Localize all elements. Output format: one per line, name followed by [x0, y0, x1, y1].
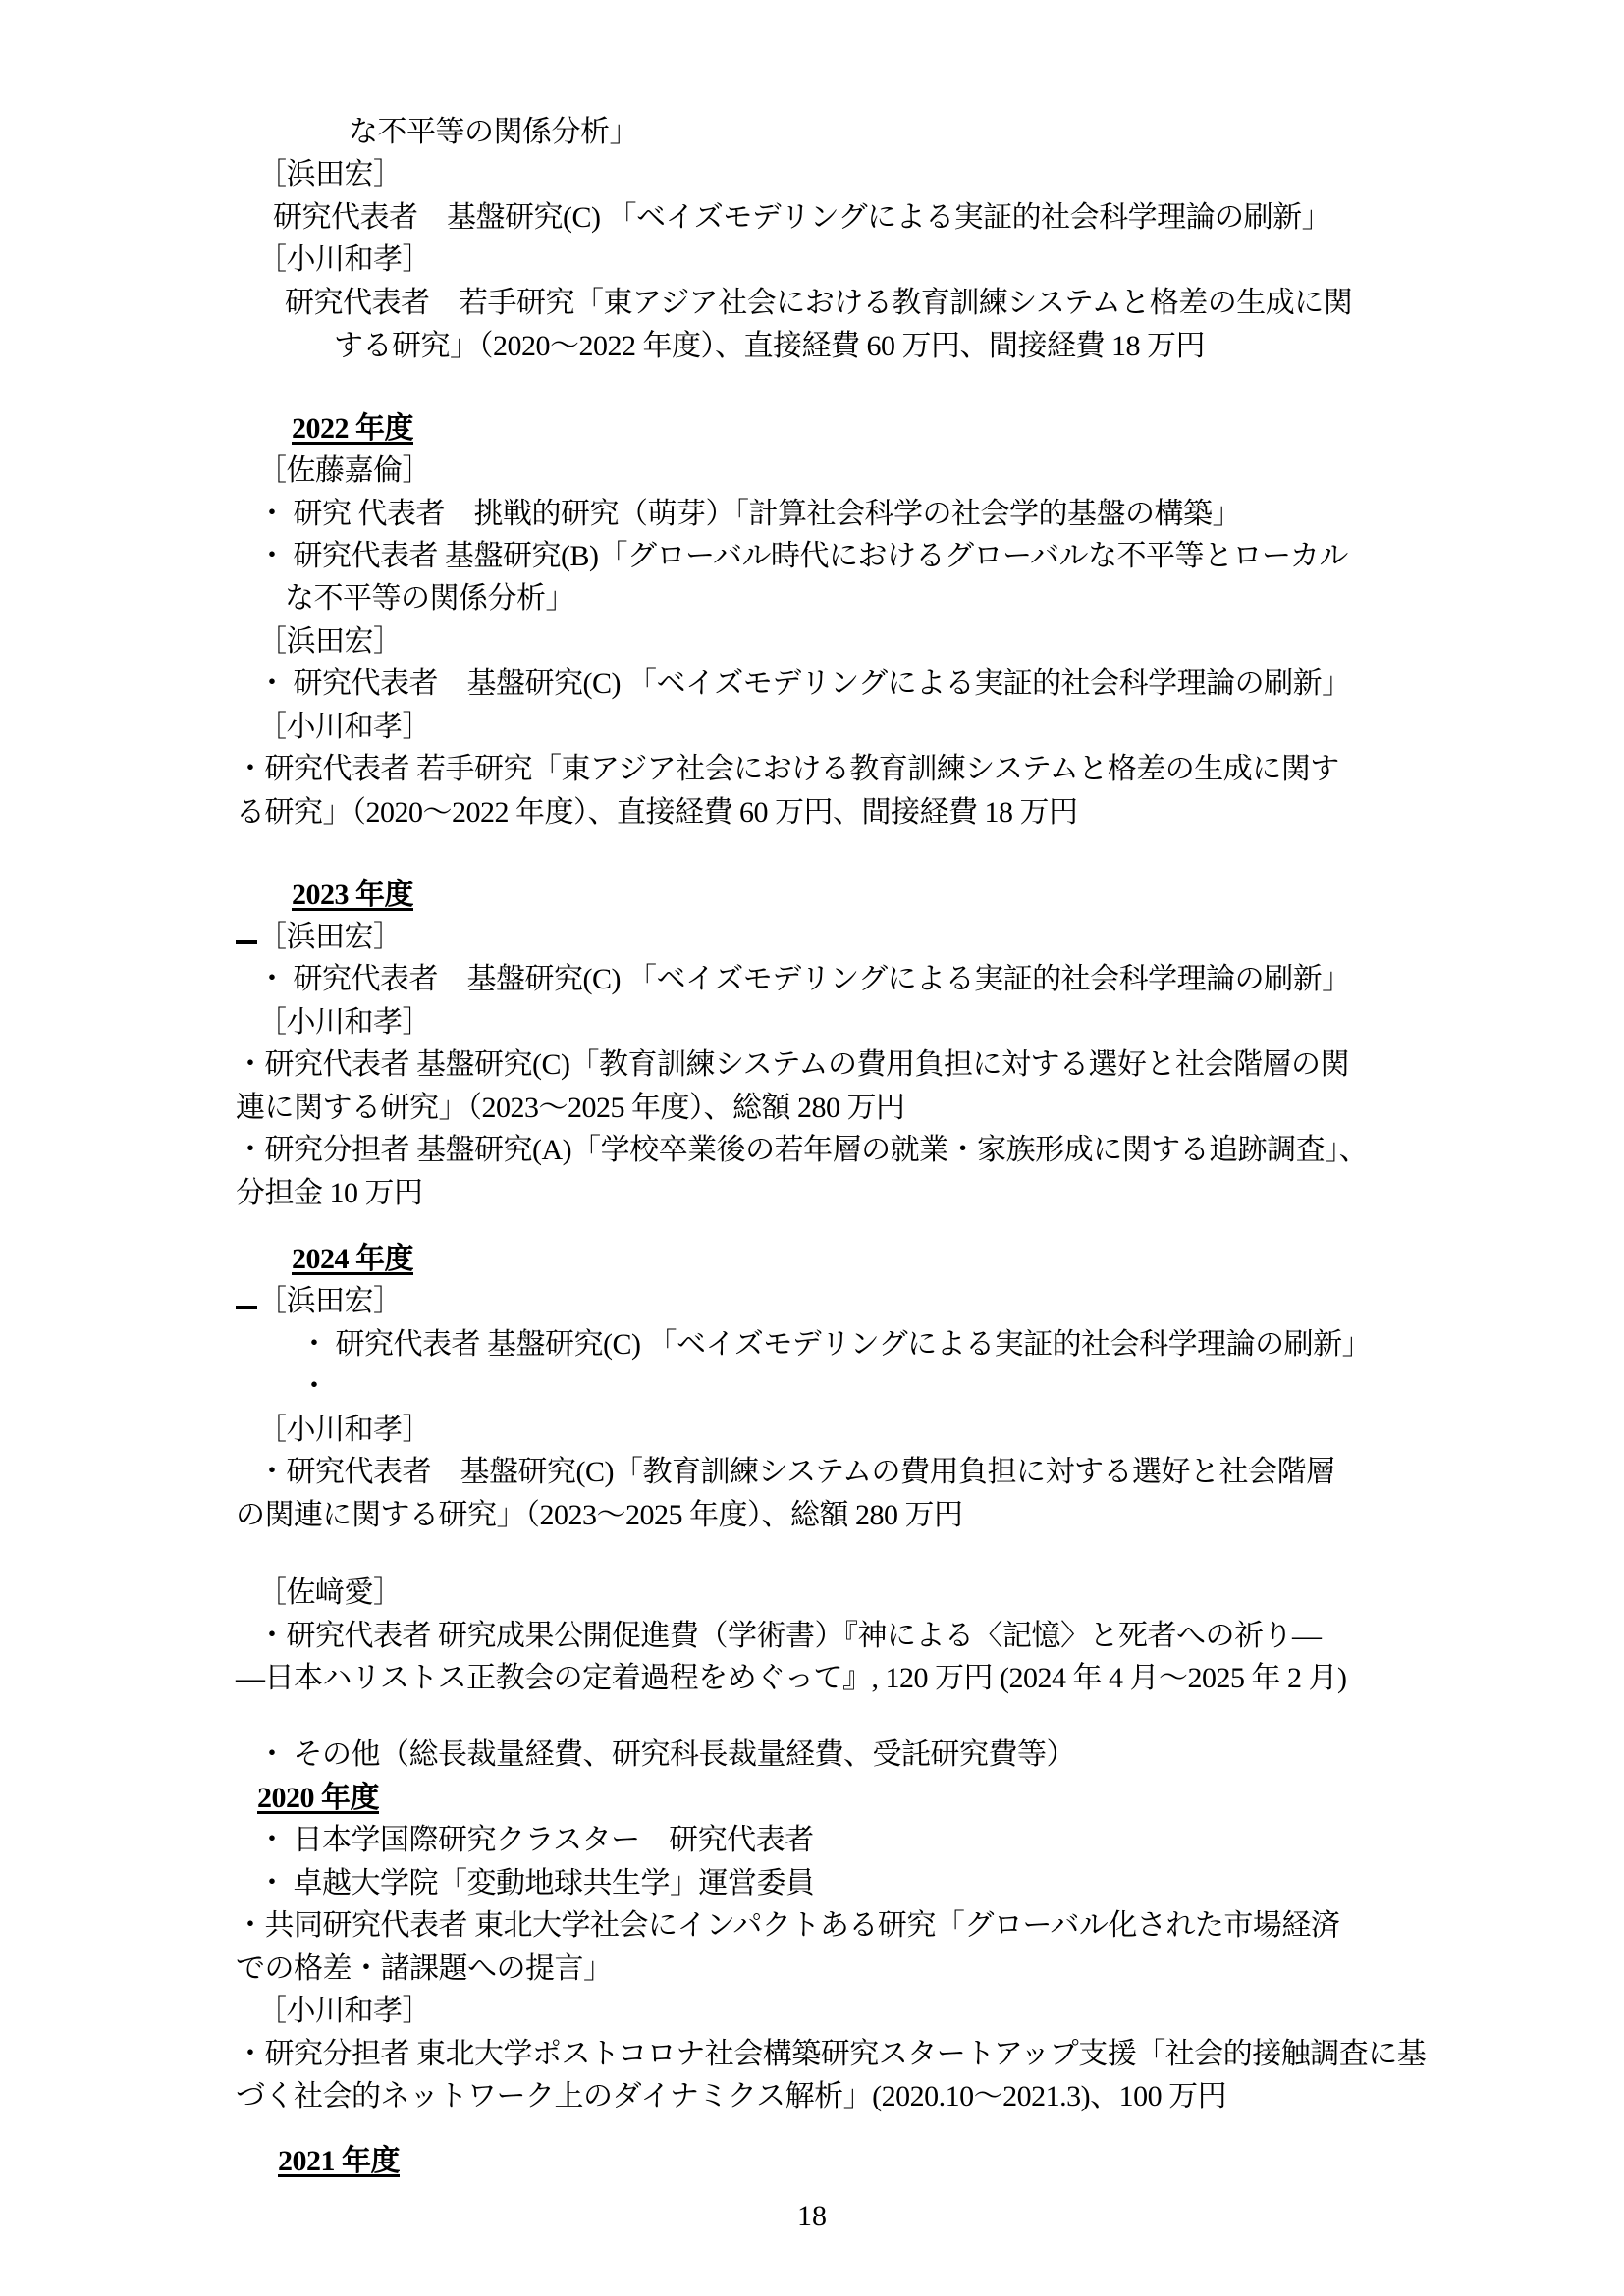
section-heading-2020: 2020 年度 — [257, 1779, 379, 1818]
text-line: ・研究代表者 若手研究「東アジア社会における教育訓練システムと格差の生成に関す — [236, 750, 1339, 789]
text-line: ・研究代表者 基盤研究(C)「教育訓練システムの費用負担に対する選好と社会階層 — [257, 1453, 1335, 1492]
author-label: ［小川和孝］ — [257, 1992, 431, 2031]
text-line: の関連に関する研究」（2023～2025 年度）、総額 280 万円 — [236, 1496, 963, 1535]
author-label: ［浜田宏］ — [257, 155, 403, 194]
text-line: 研究代表者 若手研究「東アジア社会における教育訓練システムと格差の生成に関 — [285, 284, 1352, 323]
text-line: ・ 研究 代表者 挑戦的研究（萌芽）「計算社会科学の社会学的基盤の構築」 — [257, 495, 1241, 534]
text-line: 連に関する研究」（2023～2025 年度）、総額 280 万円 — [236, 1089, 905, 1128]
text-line: づく社会的ネットワーク上のダイナミクス解析」(2020.10～2021.3)、1… — [236, 2077, 1226, 2116]
section-title-other: ・ その他（総長裁量経費、研究科長裁量経費、受託研究費等） — [257, 1735, 1075, 1775]
text-line: な不平等の関係分析」 — [349, 113, 638, 152]
text-line: する研究」（2020～2022 年度）、直接経費 60 万円、間接経費 18 万… — [334, 327, 1205, 366]
author-label: ［小川和孝］ — [257, 240, 431, 280]
text-line: る研究」（2020～2022 年度）、直接経費 60 万円、間接経費 18 万円 — [236, 793, 1078, 832]
section-heading-2023: 2023 年度 — [292, 876, 413, 915]
text-line: ―日本ハリストス正教会の定着過程をめぐって』, 120 万円 (2024 年 4… — [236, 1659, 1346, 1698]
text-line: ・ 研究代表者 基盤研究(B)「グローバル時代におけるグローバルな不平等とローカ… — [257, 537, 1348, 576]
section-heading-2024: 2024 年度 — [292, 1240, 413, 1279]
text-line: 研究代表者 基盤研究(C) 「ベイズモデリングによる実証的社会科学理論の刷新」 — [273, 198, 1330, 238]
author-label: ［佐﨑愛］ — [257, 1574, 403, 1613]
document-page: な不平等の関係分析」 ［浜田宏］ 研究代表者 基盤研究(C) 「ベイズモデリング… — [0, 0, 1624, 2296]
author-label: ［小川和孝］ — [257, 1411, 431, 1450]
text-line: ・研究代表者 研究成果公開促進費（学術書）『神による〈記憶〉と死者への祈り― — [257, 1617, 1322, 1656]
empty-bullet: ・ — [299, 1367, 329, 1407]
author-label: ［佐藤嘉倫］ — [257, 452, 431, 491]
underscore-mark — [236, 940, 257, 944]
text-line: ・ 日本学国際研究クラスター 研究代表者 — [257, 1821, 814, 1860]
text-line: な不平等の関係分析」 — [285, 579, 574, 618]
text-line: での格差・諸課題への提言」 — [236, 1949, 613, 1989]
text-line: ・ 研究代表者 基盤研究(C) 「ベイズモデリングによる実証的社会科学理論の刷新… — [257, 665, 1351, 704]
page-number: 18 — [0, 2197, 1624, 2236]
text-line: ・ 卓越大学院「変動地球共生学」運営委員 — [257, 1864, 815, 1903]
section-heading-2022: 2022 年度 — [292, 409, 413, 449]
text-line: ・研究分担者 東北大学ポストコロナ社会構築研究スタートアップ支援「社会的接触調査… — [236, 2035, 1426, 2074]
underscore-mark — [236, 1306, 257, 1309]
author-label: ［浜田宏］ — [257, 918, 403, 957]
text-line: ・ 研究代表者 基盤研究(C) 「ベイズモデリングによる実証的社会科学理論の刷新… — [257, 960, 1351, 999]
text-line: ・ 研究代表者 基盤研究(C) 「ベイズモデリングによる実証的社会科学理論の刷新… — [299, 1325, 1371, 1364]
author-label: ［浜田宏］ — [257, 1282, 403, 1321]
author-label: ［小川和孝］ — [257, 1003, 431, 1042]
author-label: ［浜田宏］ — [257, 622, 403, 662]
text-line: ・研究代表者 基盤研究(C)「教育訓練システムの費用負担に対する選好と社会階層の… — [236, 1045, 1349, 1085]
section-heading-2021: 2021 年度 — [278, 2142, 400, 2181]
text-line: ・共同研究代表者 東北大学社会にインパクトある研究「グローバル化された市場経済 — [236, 1906, 1339, 1946]
author-label: ［小川和孝］ — [257, 708, 431, 747]
text-line: 分担金 10 万円 — [236, 1174, 423, 1213]
text-line: ・研究分担者 基盤研究(A)「学校卒業後の若年層の就業・家族形成に関する追跡調査… — [236, 1131, 1368, 1170]
